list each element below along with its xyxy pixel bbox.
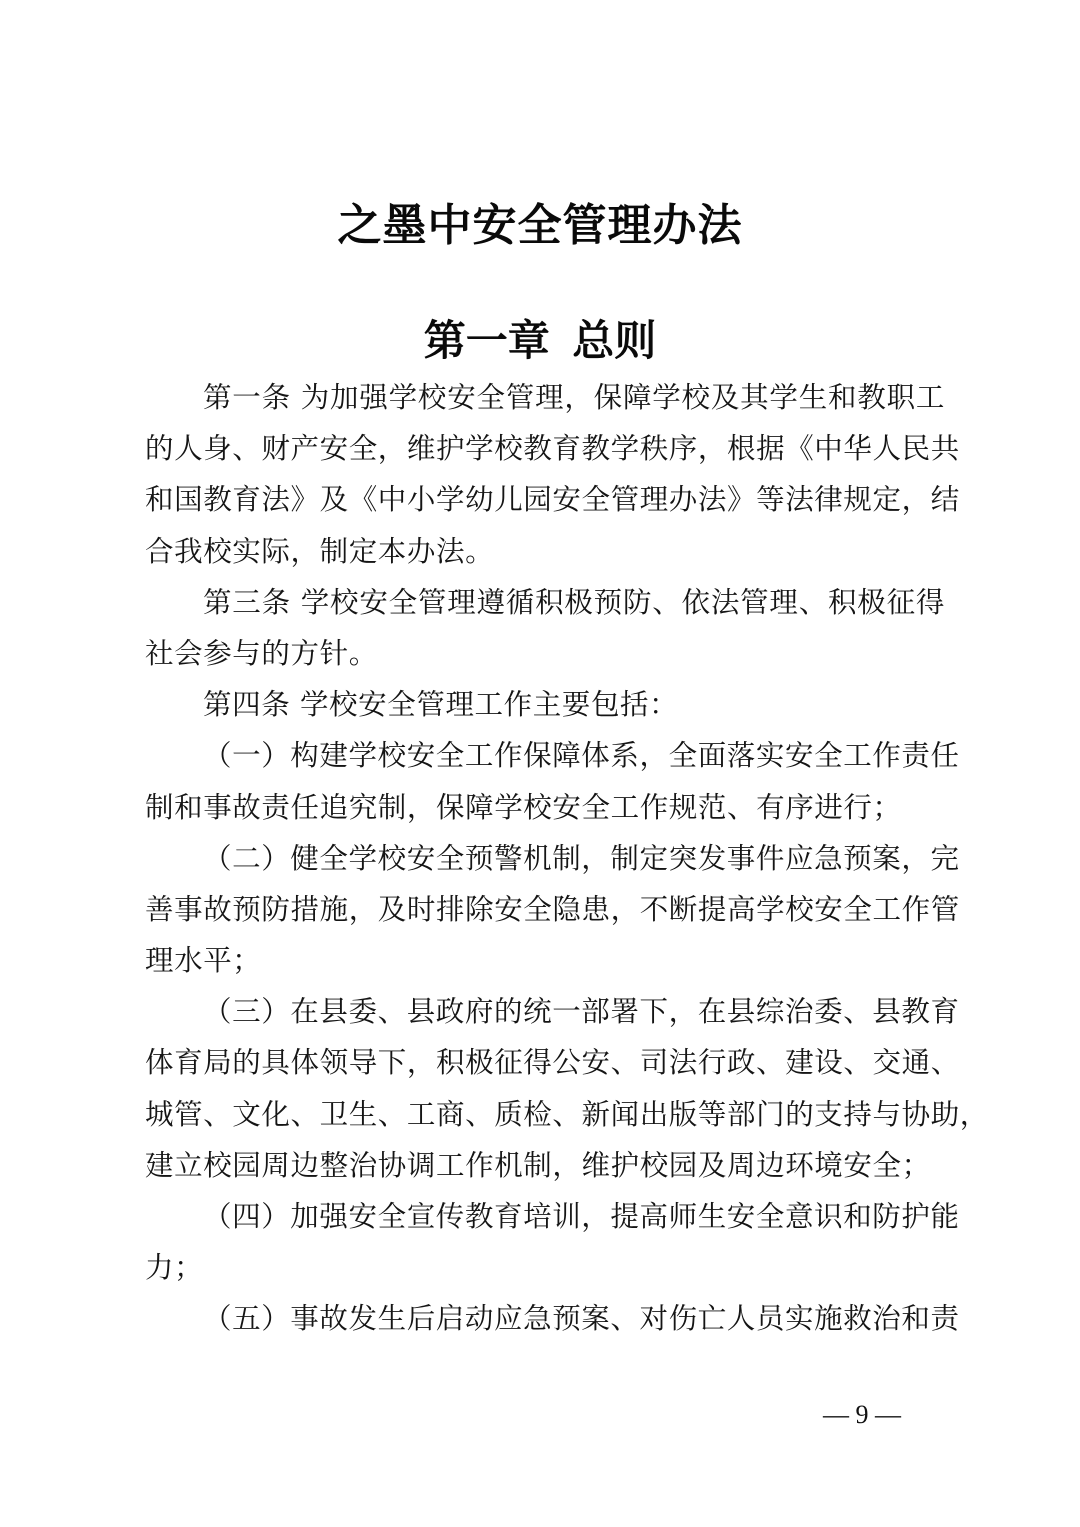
body-line: 第三条 学校安全管理遵循积极预防、依法管理、积极征得 (145, 577, 945, 628)
body-line: （四）加强安全宣传教育培训，提高师生安全意识和防护能 (145, 1191, 945, 1242)
body-line: 制和事故责任追究制，保障学校安全工作规范、有序进行； (145, 782, 945, 833)
body-line: 第一条 为加强学校安全管理，保障学校及其学生和教职工 (145, 372, 945, 423)
body-line: 的人身、财产安全，维护学校教育教学秩序，根据《中华人民共 (145, 423, 945, 474)
page-number: — 9 — (812, 1398, 912, 1432)
body-line: 社会参与的方针。 (145, 628, 945, 679)
body-line: （一）构建学校安全工作保障体系，全面落实安全工作责任 (145, 730, 945, 781)
body-line: （三）在县委、县政府的统一部署下，在县综治委、县教育 (145, 986, 945, 1037)
chapter-heading: 第一章 总则 (0, 313, 1080, 369)
body-line: 力； (145, 1242, 945, 1293)
body-line: 建立校园周边整治协调工作机制，维护校园及周边环境安全； (145, 1140, 945, 1191)
document-body: 第一条 为加强学校安全管理，保障学校及其学生和教职工 的人身、财产安全，维护学校… (145, 372, 945, 1345)
body-line: 理水平； (145, 935, 945, 986)
body-line: 城管、文化、卫生、工商、质检、新闻出版等部门的支持与协助， (145, 1089, 945, 1140)
body-line: 体育局的具体领导下，积极征得公安、司法行政、建设、交通、 (145, 1037, 945, 1088)
body-line: 和国教育法》及《中小学幼儿园安全管理办法》等法律规定，结 (145, 474, 945, 525)
body-line: （二）健全学校安全预警机制，制定突发事件应急预案，完 (145, 833, 945, 884)
body-line: 第四条 学校安全管理工作主要包括： (145, 679, 945, 730)
body-line: 合我校实际，制定本办法。 (145, 526, 945, 577)
body-line: （五）事故发生后启动应急预案、对伤亡人员实施救治和责 (145, 1293, 945, 1344)
document-page: 之墨中安全管理办法 第一章 总则 第一条 为加强学校安全管理，保障学校及其学生和… (0, 0, 1080, 1527)
body-line: 善事故预防措施，及时排除安全隐患，不断提高学校安全工作管 (145, 884, 945, 935)
document-title: 之墨中安全管理办法 (0, 196, 1080, 256)
